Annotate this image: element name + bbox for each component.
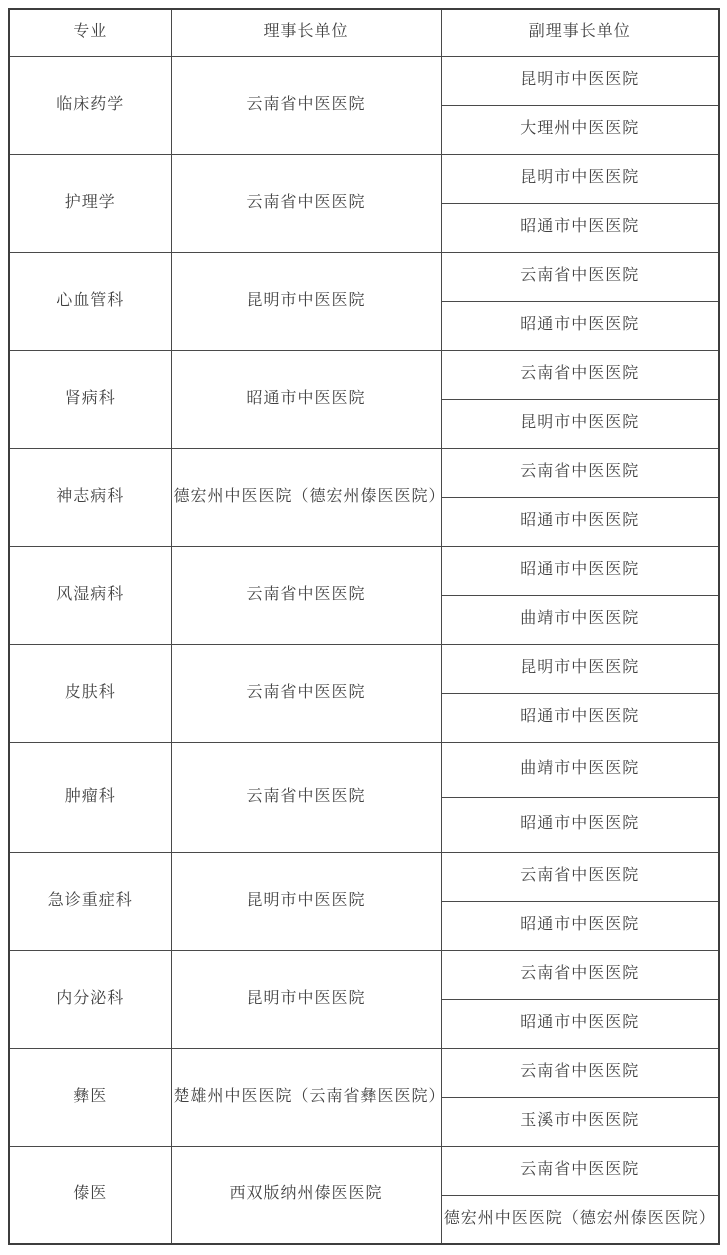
vice-chair-unit-cell: 昭通市中医医院	[441, 797, 719, 852]
table-row: 肿瘤科云南省中医医院曲靖市中医医院	[9, 742, 719, 797]
specialty-cell: 肾病科	[9, 350, 171, 448]
vice-chair-unit-cell: 曲靖市中医医院	[441, 742, 719, 797]
chair-unit-cell: 云南省中医医院	[171, 644, 441, 742]
table-row: 傣医西双版纳州傣医医院云南省中医医院	[9, 1146, 719, 1195]
vice-chair-unit-cell: 昭通市中医医院	[441, 497, 719, 546]
vice-chair-unit-cell: 玉溪市中医医院	[441, 1097, 719, 1146]
table-row: 肾病科昭通市中医医院云南省中医医院	[9, 350, 719, 399]
vice-chair-unit-cell: 昆明市中医医院	[441, 56, 719, 105]
specialty-cell: 肿瘤科	[9, 742, 171, 852]
table-row: 护理学云南省中医医院昆明市中医医院	[9, 154, 719, 203]
table-row: 神志病科德宏州中医医院（德宏州傣医医院）云南省中医医院	[9, 448, 719, 497]
header-specialty: 专业	[9, 9, 171, 56]
chair-unit-cell: 昆明市中医医院	[171, 950, 441, 1048]
vice-chair-unit-cell: 昆明市中医医院	[441, 154, 719, 203]
vice-chair-unit-cell: 云南省中医医院	[441, 1048, 719, 1097]
specialty-cell: 彝医	[9, 1048, 171, 1146]
header-chair-unit: 理事长单位	[171, 9, 441, 56]
vice-chair-unit-cell: 昭通市中医医院	[441, 901, 719, 950]
chair-unit-cell: 西双版纳州傣医医院	[171, 1146, 441, 1244]
specialty-cell: 心血管科	[9, 252, 171, 350]
vice-chair-unit-cell: 昭通市中医医院	[441, 693, 719, 742]
table-row: 临床药学云南省中医医院昆明市中医医院	[9, 56, 719, 105]
vice-chair-unit-cell: 昭通市中医医院	[441, 301, 719, 350]
specialty-cell: 临床药学	[9, 56, 171, 154]
specialty-cell: 傣医	[9, 1146, 171, 1244]
chair-unit-cell: 昆明市中医医院	[171, 252, 441, 350]
table-row: 心血管科昆明市中医医院云南省中医医院	[9, 252, 719, 301]
council-units-table: 专业 理事长单位 副理事长单位 临床药学云南省中医医院昆明市中医医院大理州中医医…	[8, 8, 720, 1245]
chair-unit-cell: 德宏州中医医院（德宏州傣医医院）	[171, 448, 441, 546]
chair-unit-cell: 云南省中医医院	[171, 56, 441, 154]
chair-unit-cell: 云南省中医医院	[171, 742, 441, 852]
specialty-cell: 神志病科	[9, 448, 171, 546]
vice-chair-unit-cell: 昆明市中医医院	[441, 644, 719, 693]
vice-chair-unit-cell: 云南省中医医院	[441, 950, 719, 999]
specialty-cell: 护理学	[9, 154, 171, 252]
table-row: 皮肤科云南省中医医院昆明市中医医院	[9, 644, 719, 693]
vice-chair-unit-cell: 云南省中医医院	[441, 448, 719, 497]
vice-chair-unit-cell: 大理州中医医院	[441, 105, 719, 154]
header-row: 专业 理事长单位 副理事长单位	[9, 9, 719, 56]
specialty-cell: 风湿病科	[9, 546, 171, 644]
table-row: 风湿病科云南省中医医院昭通市中医医院	[9, 546, 719, 595]
table-row: 内分泌科昆明市中医医院云南省中医医院	[9, 950, 719, 999]
specialty-cell: 急诊重症科	[9, 852, 171, 950]
vice-chair-unit-cell: 云南省中医医院	[441, 1146, 719, 1195]
chair-unit-cell: 楚雄州中医医院（云南省彝医医院）	[171, 1048, 441, 1146]
table-row: 彝医楚雄州中医医院（云南省彝医医院）云南省中医医院	[9, 1048, 719, 1097]
vice-chair-unit-cell: 昆明市中医医院	[441, 399, 719, 448]
chair-unit-cell: 昆明市中医医院	[171, 852, 441, 950]
vice-chair-unit-cell: 云南省中医医院	[441, 852, 719, 901]
table-row: 急诊重症科昆明市中医医院云南省中医医院	[9, 852, 719, 901]
vice-chair-unit-cell: 云南省中医医院	[441, 252, 719, 301]
vice-chair-unit-cell: 昭通市中医医院	[441, 999, 719, 1048]
chair-unit-cell: 云南省中医医院	[171, 546, 441, 644]
vice-chair-unit-cell: 德宏州中医医院（德宏州傣医医院）	[441, 1195, 719, 1244]
vice-chair-unit-cell: 曲靖市中医医院	[441, 595, 719, 644]
document-page: 专业 理事长单位 副理事长单位 临床药学云南省中医医院昆明市中医医院大理州中医医…	[0, 0, 727, 1255]
chair-unit-cell: 昭通市中医医院	[171, 350, 441, 448]
header-vice-chair-unit: 副理事长单位	[441, 9, 719, 56]
vice-chair-unit-cell: 云南省中医医院	[441, 350, 719, 399]
specialty-cell: 内分泌科	[9, 950, 171, 1048]
vice-chair-unit-cell: 昭通市中医医院	[441, 546, 719, 595]
specialty-cell: 皮肤科	[9, 644, 171, 742]
chair-unit-cell: 云南省中医医院	[171, 154, 441, 252]
vice-chair-unit-cell: 昭通市中医医院	[441, 203, 719, 252]
